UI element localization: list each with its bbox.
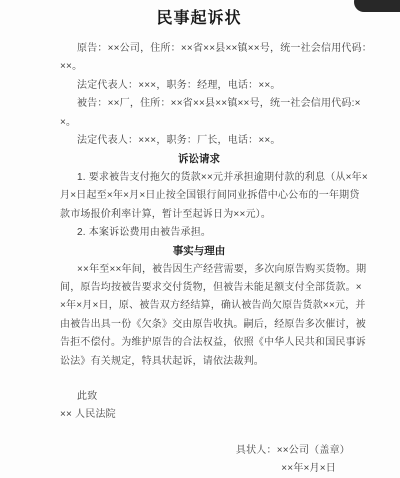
spacer — [60, 425, 350, 442]
facts-line-2: 间，原告均按被告要求交付货物，但被告未能足额支付全部货款。× — [60, 279, 350, 297]
corner-overlay-shape — [354, 0, 400, 12]
closing-salute: 此致 — [60, 388, 350, 406]
plaintiff-line: 原告：××公司，住所：××省××县××镇××号，统一社会信用代码： — [60, 40, 350, 58]
defendant-line-cont: ×。 — [60, 114, 350, 132]
signature-date: ××年×月×日 — [60, 460, 350, 478]
defendant-line: 被告：××厂，住所：××省××县××镇××号，统一社会信用代码:× — [60, 95, 350, 113]
facts-line-3: ×年×月×日，原、被告双方经结算，确认被告尚欠原告货款××元，并 — [60, 297, 350, 315]
document-body: 原告：××公司，住所：××省××县××镇××号，统一社会信用代码： ××。 法定… — [60, 40, 350, 478]
facts-line-6: 讼法》有关规定，特具状起诉，请依法裁判。 — [60, 353, 350, 371]
claim-item-2: 2. 本案诉讼费用由被告承担。 — [60, 224, 350, 242]
section-header-claims: 诉讼请求 — [48, 150, 350, 168]
section-header-facts: 事实与理由 — [48, 242, 350, 260]
facts-line-5: 告拒不偿付。为维护原告的合法权益，依照《中华人民共和国民事诉 — [60, 334, 350, 352]
plaintiff-line-cont: ××。 — [60, 58, 350, 76]
document-page: 民事起诉状 原告：××公司，住所：××省××县××镇××号，统一社会信用代码： … — [0, 0, 400, 478]
signature-claimant: 具状人：××公司（盖章） — [60, 442, 350, 460]
spacer — [60, 371, 350, 388]
plaintiff-rep-line: 法定代表人：×××，职务：经理，电话：××。 — [60, 77, 350, 95]
court-name: ×× 人民法院 — [60, 406, 350, 424]
defendant-rep-line: 法定代表人：×××，职务：厂长，电话：××。 — [60, 132, 350, 150]
claim-item-1-cont2: 款市场报价利率计算，暂计至起诉日为××元）。 — [60, 206, 350, 224]
facts-line-1: ××年至××年间，被告因生产经营需要，多次向原告购买货物。期 — [60, 261, 350, 279]
document-title: 民事起诉状 — [48, 5, 350, 28]
facts-line-4: 由被告出具一份《欠条》交由原告收执。嗣后，经原告多次催讨，被 — [60, 316, 350, 334]
claim-item-1: 1. 要求被告支付拖欠的货款××元并承担逾期付款的利息（从×年× — [60, 169, 350, 187]
claim-item-1-cont: 月×日起至×年×月×日止按全国银行间同业拆借中心公布的一年期贷 — [60, 187, 350, 205]
